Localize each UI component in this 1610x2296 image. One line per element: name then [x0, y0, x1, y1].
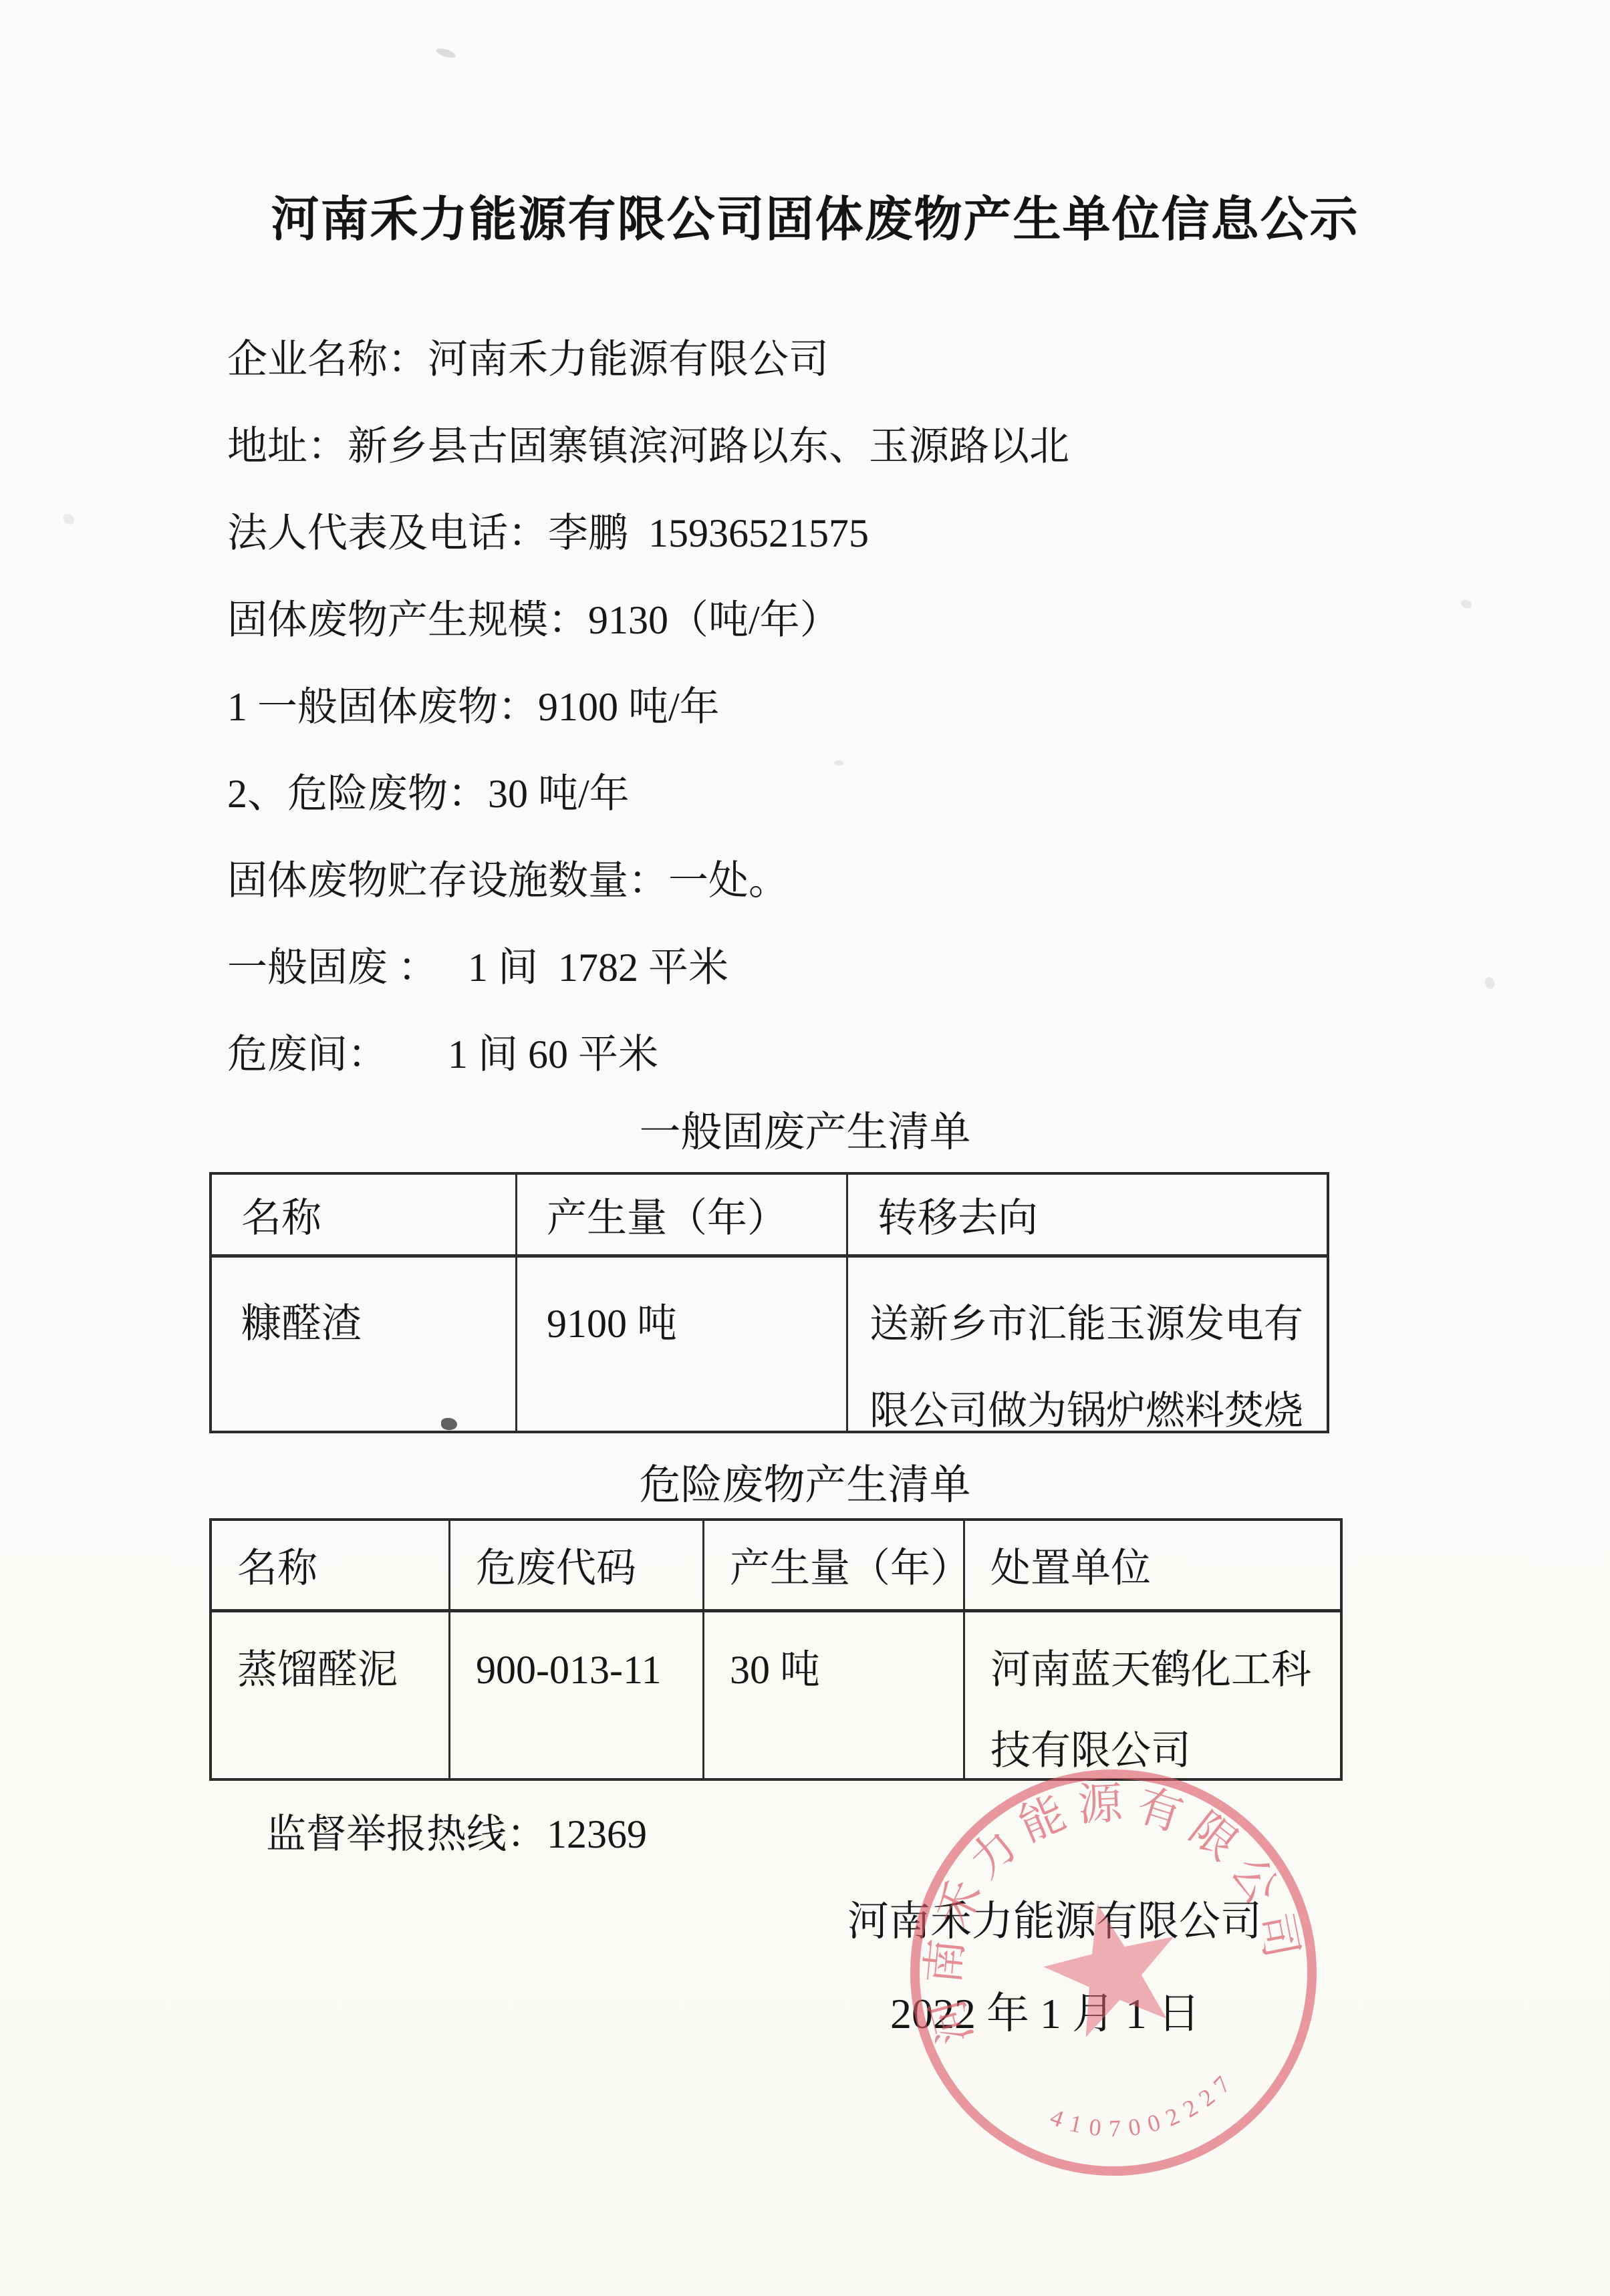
hazard-table-header-name: 名称	[212, 1521, 450, 1612]
general-waste-table: 名称 产生量（年） 转移去向 糠醛渣 9100 吨 送新乡市汇能玉源发电有限公司…	[209, 1172, 1329, 1433]
hazard-table-header-disposal: 处置单位	[965, 1521, 1340, 1612]
hazardous-waste-table-caption: 危险废物产生清单	[0, 1449, 1610, 1522]
signature-date: 2022 年 1 月 1 日	[890, 1977, 1200, 2051]
scanned-document-page: 河南禾力能源有限公司固体废物产生单位信息公示 企业名称：河南禾力能源有限公司 地…	[0, 0, 1610, 2296]
legal-rep-phone-line: 法人代表及电话：李鹏 15936521575	[227, 490, 1497, 577]
hazard-table-cell-quantity: 30 吨	[704, 1612, 965, 1778]
seal-outer-ring	[876, 1735, 1351, 2210]
general-waste-line: 1 一般固体废物：9100 吨/年	[227, 664, 1497, 750]
hazard-table-cell-code: 900-013-11	[450, 1612, 704, 1778]
general-table-cell-quantity: 9100 吨	[517, 1258, 848, 1431]
hazard-table-cell-disposal: 河南蓝天鹤化工科技有限公司	[965, 1612, 1340, 1778]
scan-artifact	[435, 47, 456, 60]
signature-company: 河南禾力能源有限公司	[847, 1884, 1262, 1959]
hazard-table-header-quantity: 产生量（年）	[704, 1521, 965, 1612]
hazard-room-line: 危废间： 1 间 60 平米	[227, 1011, 1497, 1098]
general-table-header-name: 名称	[212, 1175, 517, 1258]
hazardous-waste-table: 名称 危废代码 产生量（年） 处置单位 蒸馏醛泥 900-013-11 30 吨…	[209, 1518, 1343, 1781]
seal-code-holder: 4107002227	[1042, 2061, 1249, 2160]
hazardous-waste-line: 2、危险废物：30 吨/年	[227, 750, 1497, 837]
hazard-table-cell-name: 蒸馏醛泥	[212, 1612, 450, 1778]
company-seal: 河南禾力能源有限公司 4107002227	[859, 1719, 1367, 2227]
general-table-header-quantity: 产生量（年）	[517, 1175, 848, 1258]
seal-code: 4107002227	[1042, 2061, 1249, 2160]
page-title: 河南禾力能源有限公司固体废物产生单位信息公示	[0, 180, 1610, 250]
general-table-header-destination: 转移去向	[848, 1175, 1327, 1258]
storage-count-line: 固体废物贮存设施数量：一处。	[227, 837, 1497, 924]
waste-scale-line: 固体废物产生规模：9130（吨/年）	[227, 577, 1497, 664]
scan-artifact	[441, 1418, 457, 1430]
general-table-cell-destination: 送新乡市汇能玉源发电有限公司做为锅炉燃料焚烧	[848, 1258, 1327, 1431]
hazard-table-header-code: 危废代码	[450, 1521, 704, 1612]
scan-artifact	[834, 760, 843, 766]
report-hotline: 监督举报热线：12369	[266, 1798, 647, 1871]
info-block: 企业名称：河南禾力能源有限公司 地址：新乡县古固寨镇滨河路以东、玉源路以北 法人…	[227, 316, 1497, 1098]
general-waste-table-caption: 一般固废产生清单	[0, 1096, 1610, 1169]
general-storage-line: 一般固废 ： 1 间 1782 平米	[227, 924, 1497, 1011]
scan-artifact	[61, 512, 77, 527]
address-line: 地址：新乡县古固寨镇滨河路以东、玉源路以北	[227, 403, 1497, 490]
general-table-cell-name: 糠醛渣	[212, 1258, 517, 1431]
company-name-line: 企业名称：河南禾力能源有限公司	[227, 316, 1497, 403]
